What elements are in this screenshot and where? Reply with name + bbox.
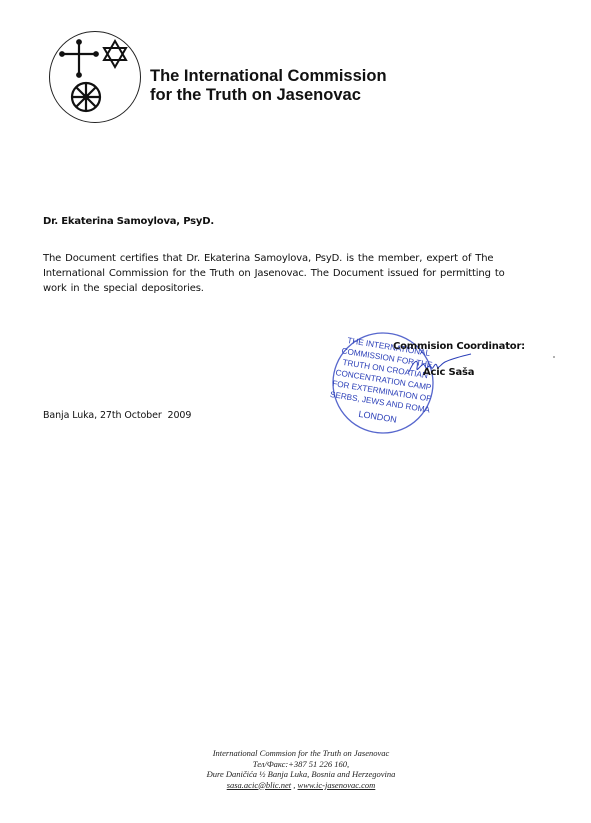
email-link[interactable]: sasa.acic@blic.net [227, 780, 291, 790]
dharma-wheel-icon [72, 83, 100, 111]
footer-org-name: International Commsion for the Truth on … [170, 748, 432, 759]
org-name-line1: The International Commission [150, 67, 387, 86]
website-link[interactable]: www.ic-jasenovac.com [298, 780, 376, 790]
footer-contacts: sasa.acic@blic.net , www.ic-jasenovac.co… [170, 780, 432, 791]
recipient-name: Dr. Ekaterina Samoylova, PsyD. [43, 216, 214, 227]
coordinator-title: Commision Coordinator: [393, 341, 525, 352]
scan-speck [553, 356, 555, 358]
footer-address: Đure Daničića ½ Banja Luka, Bosnia and H… [170, 769, 432, 780]
place-and-date: Banja Luka, 27th October 2009 [43, 410, 191, 421]
stamp-text-line: LONDON [358, 409, 398, 425]
footer-phone: Тел/Факс:+387 51 226 160, [170, 759, 432, 770]
certificate-body: The Document certifies that Dr. Ekaterin… [43, 251, 553, 296]
star-of-david-icon [104, 41, 126, 67]
coordinator-name: Acic Saša [423, 367, 474, 378]
organization-title: The International Commission for the Tru… [150, 67, 387, 105]
footer-separator: , [291, 780, 295, 790]
body-line: The Document certifies that Dr. Ekaterin… [43, 251, 553, 266]
letterhead-footer: International Commsion for the Truth on … [170, 748, 432, 790]
org-name-line2: for the Truth on Jasenovac [150, 86, 387, 105]
body-line: International Commission for the Truth o… [43, 266, 553, 281]
cross-icon [60, 40, 98, 77]
body-line: work in the special depositories. [43, 281, 553, 296]
commission-logo [48, 30, 142, 124]
